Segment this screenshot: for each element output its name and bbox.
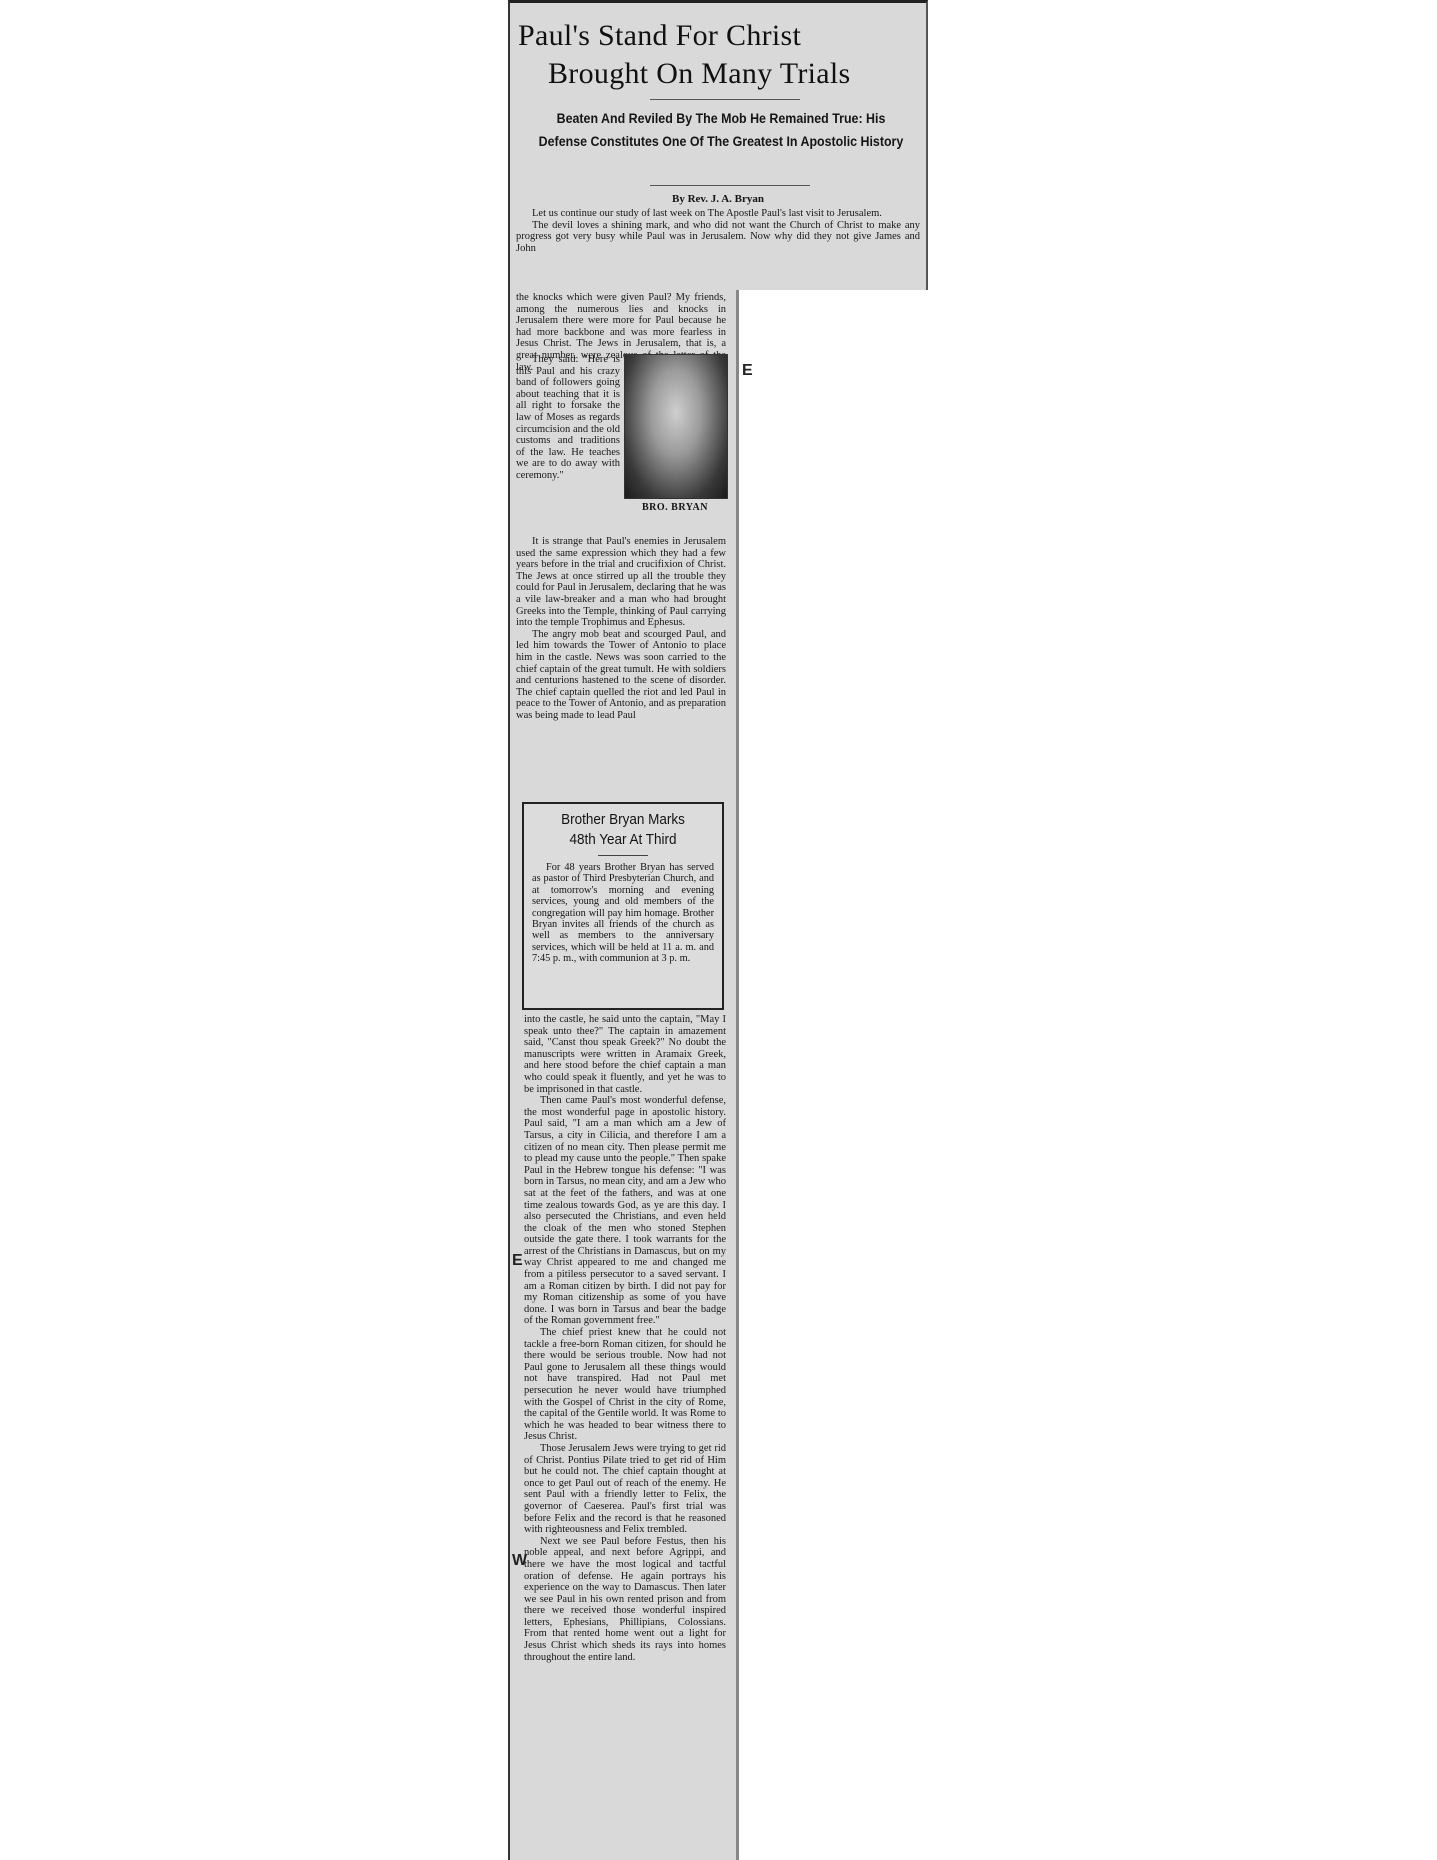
paragraph: The chief priest knew that he could not … xyxy=(524,1327,726,1443)
article-header-clip: Paul's Stand For Christ Brought On Many … xyxy=(508,0,928,290)
paragraph: Let us continue our study of last week o… xyxy=(516,208,920,220)
paragraph: into the castle, he said unto the captai… xyxy=(524,1014,726,1095)
column-text: It is strange that Paul's enemies in Jer… xyxy=(516,536,726,722)
byline-divider xyxy=(650,185,810,186)
edge-fragment: W xyxy=(512,1552,527,1570)
edge-fragment: E xyxy=(742,362,753,380)
edge-fragment: E xyxy=(512,1252,523,1270)
headline-line-2: Brought On Many Trials xyxy=(516,55,920,93)
paragraph: Then came Paul's most wonderful defense,… xyxy=(524,1095,726,1327)
sidebar-title: Brother Bryan Marks 48th Year At Third xyxy=(534,810,712,850)
subheadline: Beaten And Reviled By The Mob He Remaine… xyxy=(532,107,909,153)
photo-caption: BRO. BRYAN xyxy=(624,502,726,513)
paragraph: For 48 years Brother Bryan has served as… xyxy=(532,862,714,965)
headline-line-1: Paul's Stand For Christ xyxy=(516,17,920,55)
portrait-photo xyxy=(624,354,728,499)
column-text: into the castle, he said unto the captai… xyxy=(524,1014,726,1663)
sidebar-title-line-2: 48th Year At Third xyxy=(534,830,712,850)
sidebar-body: For 48 years Brother Bryan has served as… xyxy=(524,862,722,965)
headline-divider xyxy=(650,99,800,100)
paragraph: The devil loves a shining mark, and who … xyxy=(516,220,920,255)
column-text-wrap: They said: "Here is this Paul and his cr… xyxy=(516,354,620,482)
article-column-clip: the knocks which were given Paul? My fri… xyxy=(508,290,736,1860)
sidebar-divider xyxy=(598,855,648,856)
headline: Paul's Stand For Christ Brought On Many … xyxy=(516,17,920,93)
paragraph: Next we see Paul before Festus, then his… xyxy=(524,1536,726,1664)
paragraph: The angry mob beat and scourged Paul, an… xyxy=(516,629,726,722)
paragraph: They said: "Here is this Paul and his cr… xyxy=(516,354,620,482)
byline: By Rev. J. A. Bryan xyxy=(510,193,926,205)
intro-text: Let us continue our study of last week o… xyxy=(516,208,920,254)
paragraph: It is strange that Paul's enemies in Jer… xyxy=(516,536,726,629)
sidebar-title-line-1: Brother Bryan Marks xyxy=(534,810,712,830)
column-edge-rule xyxy=(736,290,739,1860)
paragraph: Those Jerusalem Jews were trying to get … xyxy=(524,1443,726,1536)
sidebar-box: Brother Bryan Marks 48th Year At Third F… xyxy=(522,802,724,1010)
